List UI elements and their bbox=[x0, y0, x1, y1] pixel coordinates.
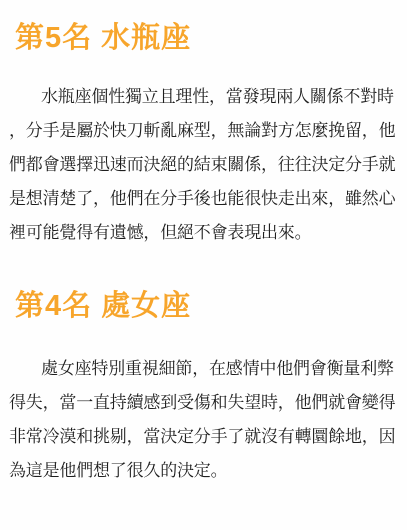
section-paragraph-rank4-virgo: 處女座特別重視細節，在感情中他們會衡量利弊 得失，當一直持續感到受傷和失望時，他… bbox=[9, 352, 398, 488]
paragraph-line: 為這是他們想了很久的決定。 bbox=[9, 454, 398, 488]
paragraph-line: 非常冷漠和挑剔，當決定分手了就沒有轉圜餘地，因 bbox=[9, 420, 398, 454]
paragraph-line: 得失，當一直持續感到受傷和失望時，他們就會變得 bbox=[9, 386, 398, 420]
article-page: 第5名 水瓶座 水瓶座個性獨立且理性，當發現兩人關係不對時 ，分手是屬於快刀斬亂… bbox=[0, 0, 407, 530]
paragraph-line: 們都會選擇迅速而決絕的結束關係，往往決定分手就 bbox=[9, 148, 398, 182]
paragraph-line: 是想清楚了，他們在分手後也能很快走出來，雖然心 bbox=[9, 182, 398, 216]
paragraph-line: 處女座特別重視細節，在感情中他們會衡量利弊 bbox=[9, 352, 398, 386]
paragraph-line: ，分手是屬於快刀斬亂麻型，無論對方怎麼挽留，他 bbox=[9, 114, 398, 148]
paragraph-line: 水瓶座個性獨立且理性，當發現兩人關係不對時 bbox=[9, 80, 398, 114]
section-heading-rank5-aquarius: 第5名 水瓶座 bbox=[15, 22, 191, 54]
section-paragraph-rank5-aquarius: 水瓶座個性獨立且理性，當發現兩人關係不對時 ，分手是屬於快刀斬亂麻型，無論對方怎… bbox=[9, 80, 398, 250]
paragraph-line: 裡可能覺得有遺憾，但絕不會表現出來。 bbox=[9, 216, 398, 250]
section-heading-rank4-virgo: 第4名 處女座 bbox=[15, 290, 191, 322]
